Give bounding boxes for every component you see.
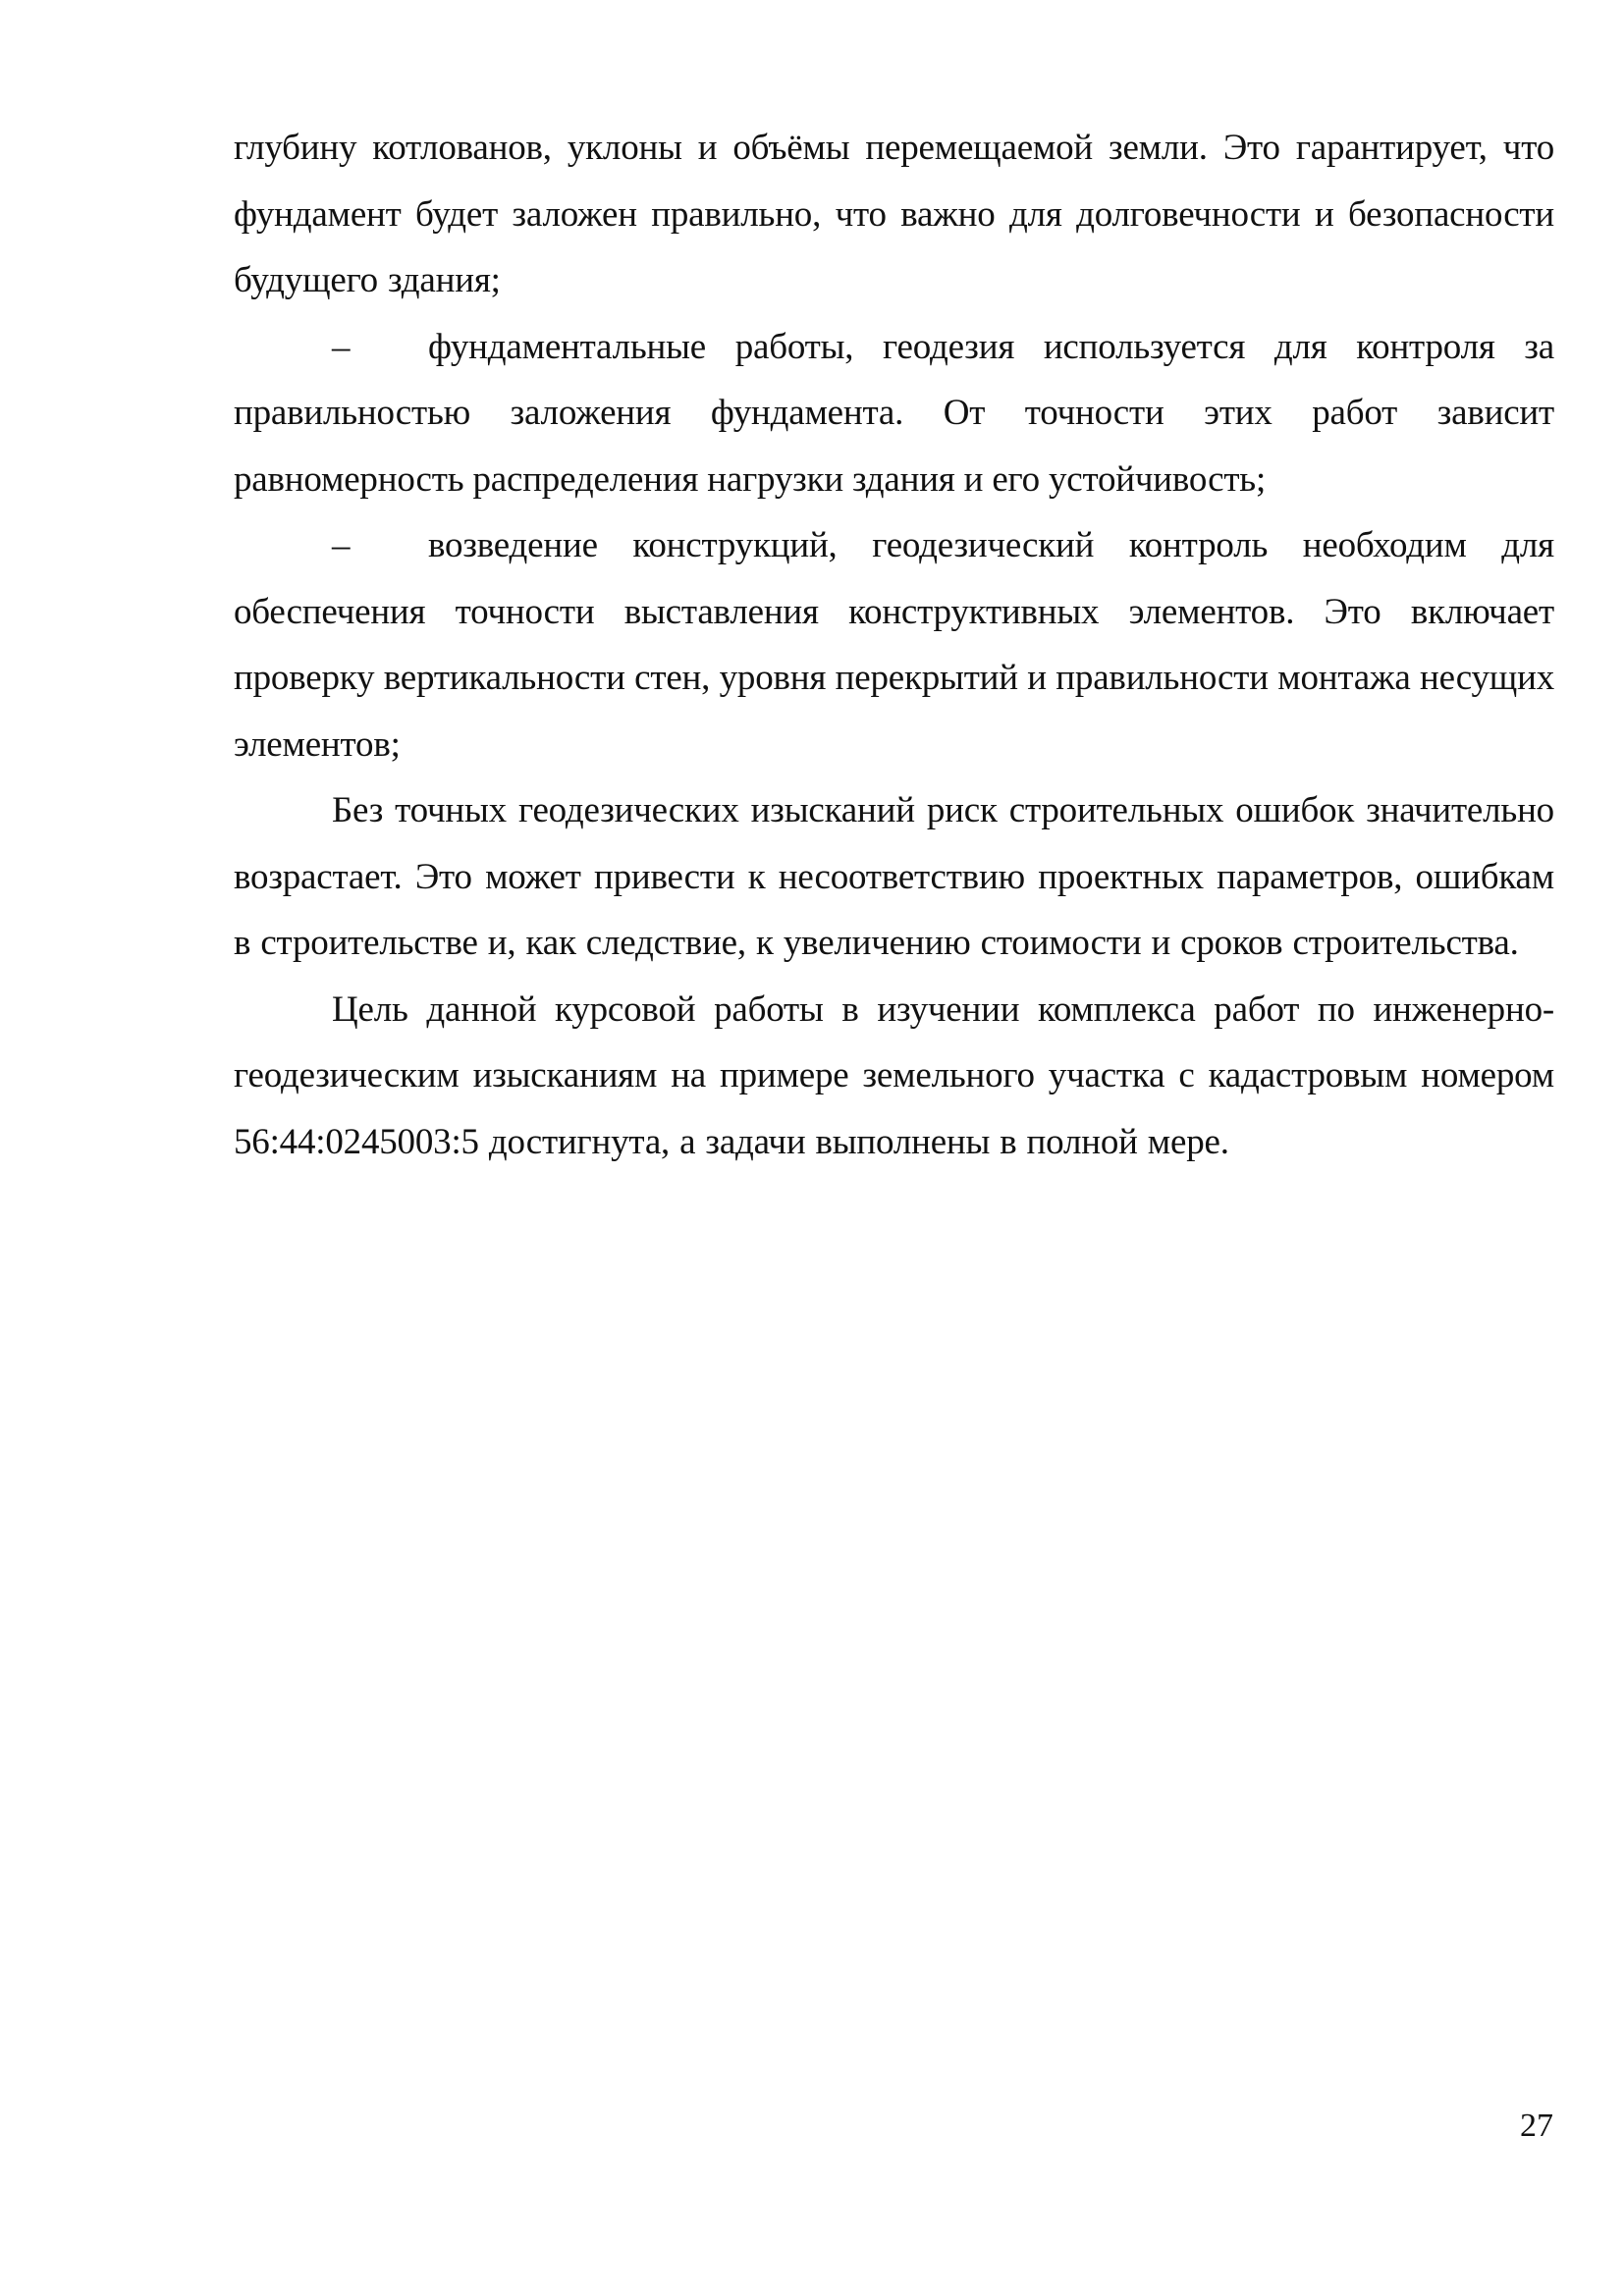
list-item-text: фундаментальные работы, геодезия использ… <box>234 327 1554 500</box>
paragraph-risk: Без точных геодезических изысканий риск … <box>234 777 1554 977</box>
list-item-text: возведение конструкций, геодезический ко… <box>234 525 1554 765</box>
dash-bullet-marker: – <box>332 512 428 579</box>
paragraph-conclusion: Цель данной курсовой работы в изучении к… <box>234 977 1554 1176</box>
paragraph-continuation: глубину котлованов, уклоны и объёмы пере… <box>234 115 1554 314</box>
document-page: глубину котлованов, уклоны и объёмы пере… <box>234 115 1554 1175</box>
list-item-construction: –возведение конструкций, геодезический к… <box>234 512 1554 777</box>
list-item-foundation-works: –фундаментальные работы, геодезия исполь… <box>234 314 1554 513</box>
page-number: 27 <box>1520 2107 1553 2146</box>
dash-bullet-marker: – <box>332 314 428 381</box>
